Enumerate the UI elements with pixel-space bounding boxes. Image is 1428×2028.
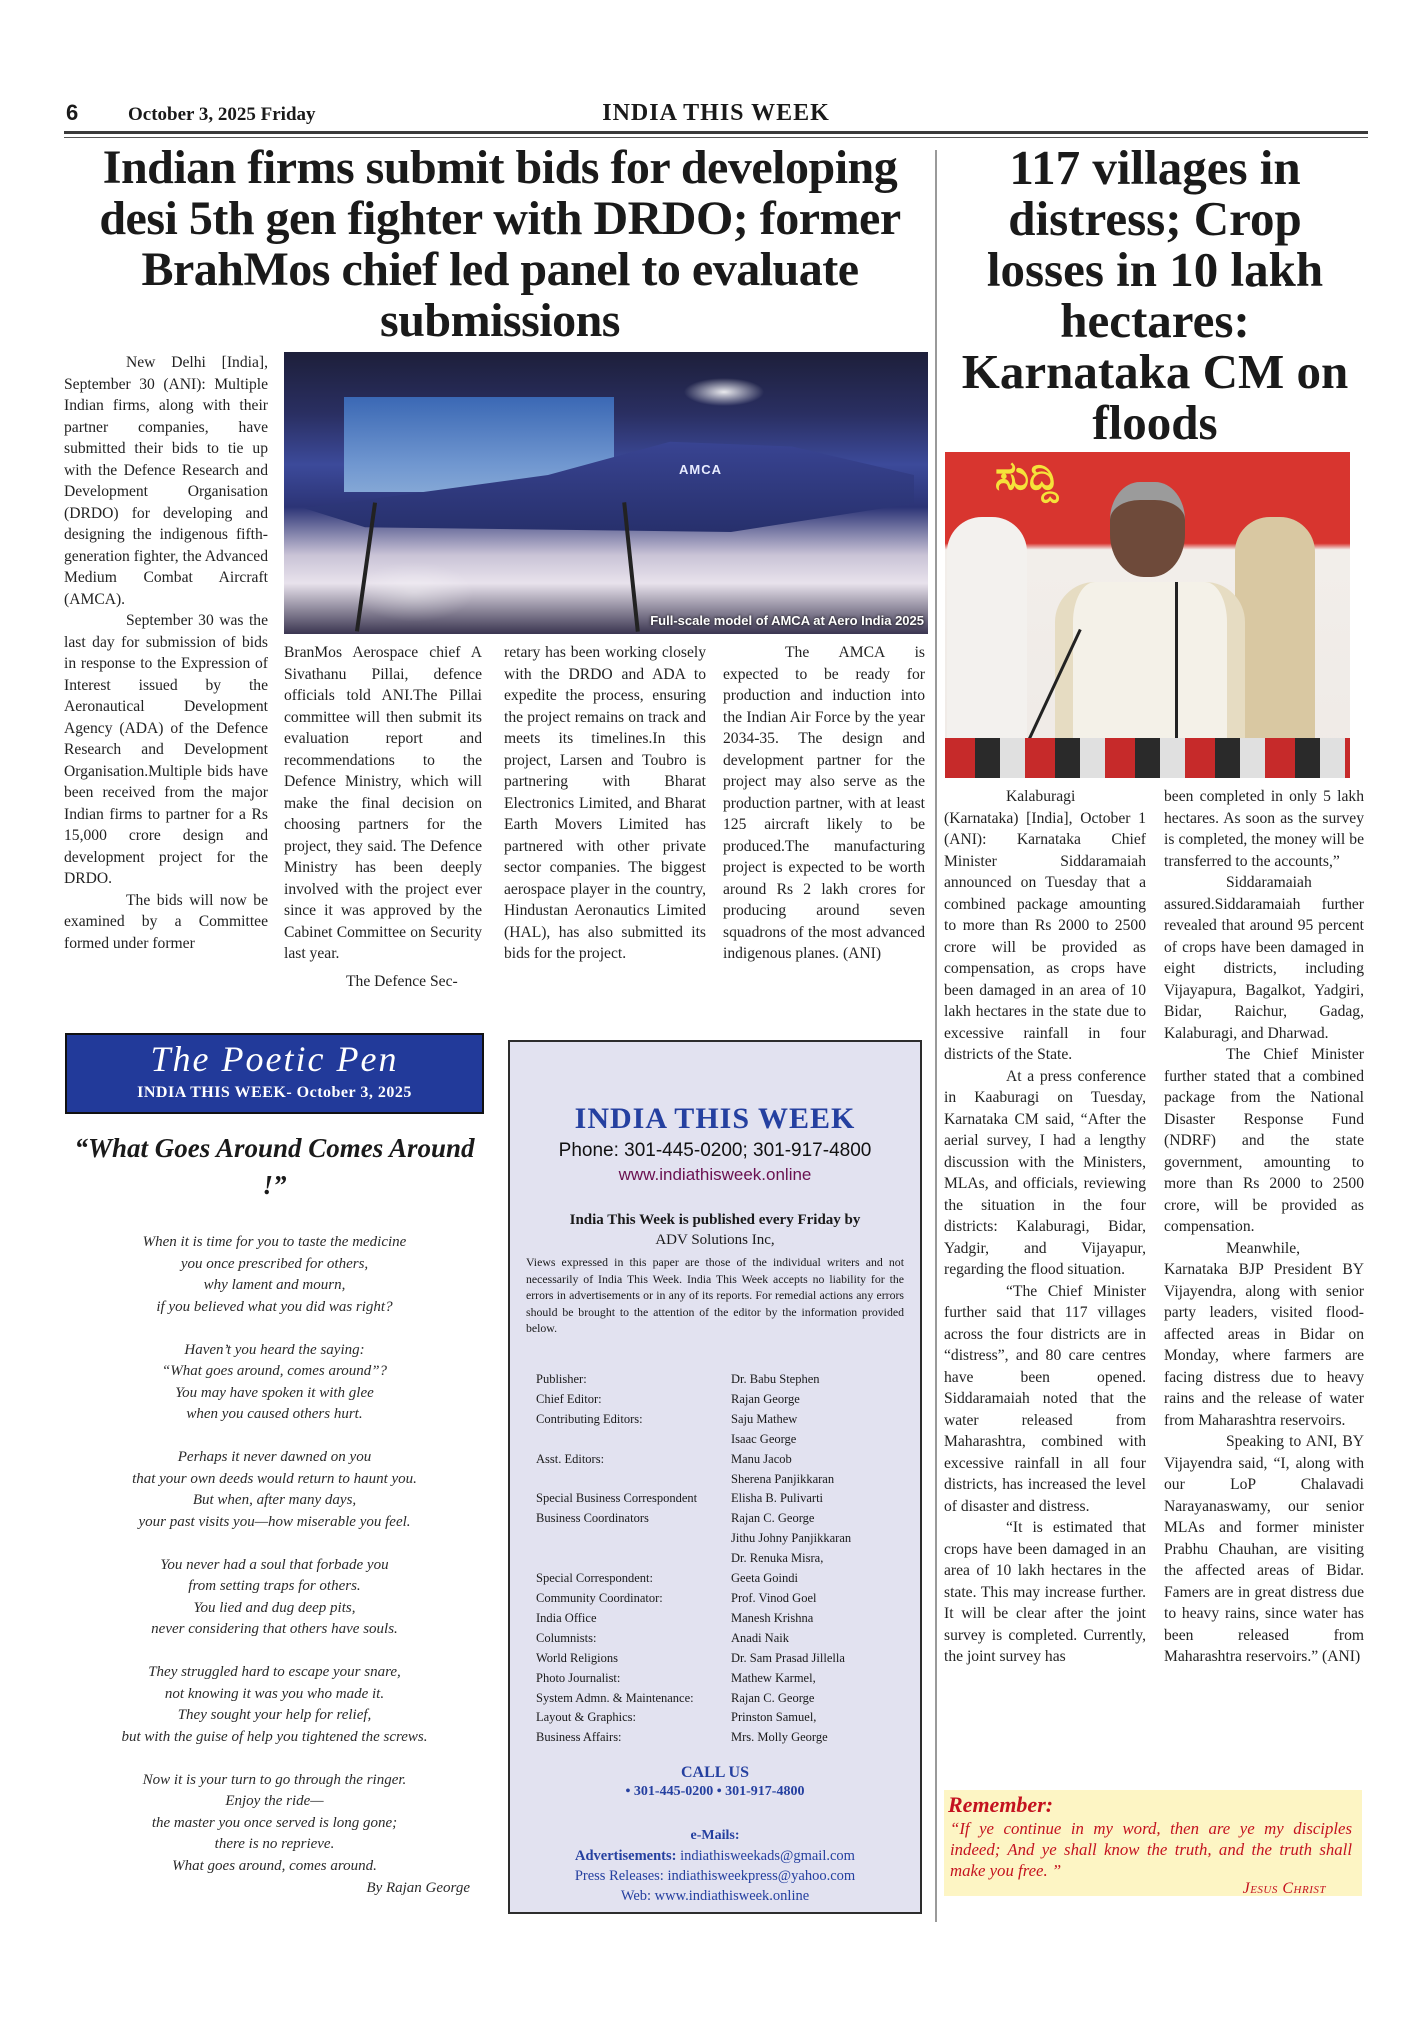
- column-divider: [935, 150, 937, 1922]
- staff-row: Business Affairs:Mrs. Molly George: [536, 1728, 906, 1748]
- staff-row: Asst. Editors:Manu Jacob: [536, 1450, 906, 1470]
- main-article-column-3: retary has been working closely with the…: [504, 642, 706, 965]
- info-phone: Phone: 301-445-0200; 301-917-4800: [510, 1140, 920, 1162]
- main-article-column-2: BranMos Aerospace chief A Sivathanu Pill…: [284, 642, 482, 992]
- ads-label: Advertisements:: [575, 1848, 676, 1864]
- poem-line: if you believed what you did was right?: [65, 1297, 484, 1319]
- staff-name: Geeta Goindi: [731, 1569, 906, 1589]
- banner-text: ಸುದ್ದಿ: [995, 452, 1058, 499]
- paragraph: New Delhi [India], September 30 (ANI): M…: [64, 352, 268, 610]
- poem-stanza: They struggled hard to escape your snare…: [65, 1662, 484, 1748]
- staff-name: Dr. Babu Stephen: [731, 1370, 906, 1390]
- poem-line: When it is time for you to taste the med…: [65, 1232, 484, 1254]
- staff-role: [536, 1549, 731, 1569]
- staff-name: Rajan C. George: [731, 1509, 906, 1529]
- staff-role: Publisher:: [536, 1370, 731, 1390]
- paper-name: INDIA THIS WEEK: [64, 100, 1368, 127]
- staff-role: [536, 1529, 731, 1549]
- emails-title: e-Mails:: [510, 1828, 920, 1844]
- cm-head: [1110, 482, 1185, 577]
- staff-role: India Office: [536, 1609, 731, 1629]
- staff-name: Mathew Karmel,: [731, 1669, 906, 1689]
- poem-line: but with the guise of help you tightened…: [65, 1727, 484, 1749]
- quote-author: Jesus Christ: [1243, 1880, 1326, 1898]
- poem-line: You lied and dug deep pits,: [65, 1598, 484, 1620]
- poem-line: What goes around, comes around.: [65, 1856, 484, 1878]
- staff-row: Jithu Johny Panjikkaran: [536, 1529, 906, 1549]
- poetic-pen-title: The Poetic Pen: [67, 1037, 482, 1081]
- ads-email-link[interactable]: indiathisweekads@gmail.com: [680, 1848, 855, 1864]
- poem-line: your past visits you—how miserable you f…: [65, 1512, 484, 1534]
- staff-name: Rajan George: [731, 1390, 906, 1410]
- info-paper-name: INDIA THIS WEEK: [510, 1102, 920, 1136]
- staff-row: Chief Editor:Rajan George: [536, 1390, 906, 1410]
- poem-line: Perhaps it never dawned on you: [65, 1447, 484, 1469]
- staff-role: Special Correspondent:: [536, 1569, 731, 1589]
- staff-name: Prof. Vinod Goel: [731, 1589, 906, 1609]
- staff-row: Columnists:Anadi Naik: [536, 1629, 906, 1649]
- disclaimer: Views expressed in this paper are those …: [526, 1254, 904, 1337]
- poem-stanza: Haven’t you heard the saying: “What goes…: [65, 1340, 484, 1426]
- staff-row: Business CoordinatorsRajan C. George: [536, 1509, 906, 1529]
- poem-line: that your own deeds would return to haun…: [65, 1469, 484, 1491]
- staff-name: Jithu Johny Panjikkaran: [731, 1529, 906, 1549]
- staff-row: Dr. Renuka Misra,: [536, 1549, 906, 1569]
- poem-line: They struggled hard to escape your snare…: [65, 1662, 484, 1684]
- staff-role: Layout & Graphics:: [536, 1708, 731, 1728]
- side-article-column-2: been completed in only 5 lakh hectares. …: [1164, 786, 1364, 1668]
- staff-row: Photo Journalist:Mathew Karmel,: [536, 1669, 906, 1689]
- staff-role: System Admn. & Maintenance:: [536, 1689, 731, 1709]
- staff-role: [536, 1430, 731, 1450]
- staff-row: India OfficeManesh Krishna: [536, 1609, 906, 1629]
- poem-line: there is no reprieve.: [65, 1834, 484, 1856]
- staff-name: Dr. Sam Prasad Jillella: [731, 1649, 906, 1669]
- amca-jet-photo: AMCA Full-scale model of AMCA at Aero In…: [284, 352, 928, 634]
- poem-line: you once prescribed for others,: [65, 1254, 484, 1276]
- remember-box: Remember: “If ye continue in my word, th…: [944, 1790, 1362, 1896]
- staff-role: Business Affairs:: [536, 1728, 731, 1748]
- main-article-headline: Indian firms submit bids for developing …: [90, 142, 910, 346]
- staff-list: Publisher:Dr. Babu Stephen Chief Editor:…: [536, 1370, 906, 1748]
- chief-minister: [1055, 482, 1245, 778]
- publication-info-box: INDIA THIS WEEK Phone: 301-445-0200; 301…: [508, 1040, 922, 1914]
- paragraph: Kalaburagi (Karnataka) [India], October …: [944, 786, 1146, 1066]
- publisher-company: ADV Solutions Inc,: [510, 1232, 920, 1249]
- cm-press-conference-photo: ಸುದ್ದಿ: [945, 452, 1350, 778]
- poem-line: But when, after many days,: [65, 1490, 484, 1512]
- poem-stanza: When it is time for you to taste the med…: [65, 1232, 484, 1318]
- person-right: [1235, 517, 1315, 757]
- staff-role: Business Coordinators: [536, 1509, 731, 1529]
- press-email-link[interactable]: Press Releases: indiathisweekpress@yahoo…: [510, 1868, 920, 1885]
- staff-name: Sherena Panjikkaran: [731, 1470, 906, 1490]
- side-article-column-1: Kalaburagi (Karnataka) [India], October …: [944, 786, 1146, 1668]
- staff-row: Special Business Correspondent Elisha B.…: [536, 1489, 906, 1509]
- person-left: [947, 517, 1027, 757]
- poem-line: Now it is your turn to go through the ri…: [65, 1770, 484, 1792]
- info-website-link[interactable]: www.indiathisweek.online: [510, 1165, 920, 1185]
- staff-role: [536, 1470, 731, 1490]
- advertisements-email-line: Advertisements: indiathisweekads@gmail.c…: [510, 1848, 920, 1865]
- poetic-pen-banner: The Poetic Pen INDIA THIS WEEK- October …: [65, 1033, 484, 1114]
- staff-name: Rajan C. George: [731, 1689, 906, 1709]
- remember-title: Remember:: [948, 1792, 1053, 1818]
- paragraph: retary has been working closely with the…: [504, 642, 706, 965]
- paragraph: Siddaramaiah assured.Siddaramaiah furthe…: [1164, 872, 1364, 1044]
- paragraph: been completed in only 5 lakh hectares. …: [1164, 786, 1364, 872]
- staff-role: Community Coordinator:: [536, 1589, 731, 1609]
- paragraph: The bids will now be examined by a Commi…: [64, 890, 268, 955]
- staff-name: Elisha B. Pulivarti: [731, 1489, 906, 1509]
- staff-role: World Religions: [536, 1649, 731, 1669]
- paragraph: “It is estimated that crops have been da…: [944, 1517, 1146, 1668]
- staff-role: Chief Editor:: [536, 1390, 731, 1410]
- paragraph: The AMCA is expected to be ready for pro…: [723, 642, 925, 965]
- call-us-numbers: • 301-445-0200 • 301-917-4800: [510, 1784, 920, 1800]
- poem-stanza: You never had a soul that forbade you fr…: [65, 1555, 484, 1641]
- staff-role: Asst. Editors:: [536, 1450, 731, 1470]
- paragraph: Speaking to ANI, BY Vijayendra said, “I,…: [1164, 1431, 1364, 1668]
- bible-quote: “If ye continue in my word, then are ye …: [950, 1818, 1352, 1881]
- poem-line: from setting traps for others.: [65, 1576, 484, 1598]
- main-article-column-4: The AMCA is expected to be ready for pro…: [723, 642, 925, 965]
- staff-name: Manesh Krishna: [731, 1609, 906, 1629]
- paragraph: September 30 was the last day for submis…: [64, 610, 268, 890]
- published-line: India This Week is published every Frida…: [510, 1212, 920, 1229]
- staff-row: Layout & Graphics:Prinston Samuel,: [536, 1708, 906, 1728]
- poetic-pen-subtitle: INDIA THIS WEEK- October 3, 2025: [67, 1081, 482, 1105]
- poem-stanza: Perhaps it never dawned on you that your…: [65, 1447, 484, 1533]
- staff-row: System Admn. & Maintenance:Rajan C. Geor…: [536, 1689, 906, 1709]
- side-article-headline: 117 villages in distress; Crop losses in…: [945, 142, 1365, 448]
- call-us-title: CALL US: [510, 1764, 920, 1782]
- paragraph: BranMos Aerospace chief A Sivathanu Pill…: [284, 642, 482, 965]
- staff-row: Special Correspondent:Geeta Goindi: [536, 1569, 906, 1589]
- staff-row: World ReligionsDr. Sam Prasad Jillella: [536, 1649, 906, 1669]
- web-link[interactable]: Web: www.indiathisweek.online: [510, 1888, 920, 1905]
- staff-name: Mrs. Molly George: [731, 1728, 906, 1748]
- staff-row: Contributing Editors:Saju Mathew: [536, 1410, 906, 1430]
- masthead: 6 October 3, 2025 Friday INDIA THIS WEEK: [64, 98, 1368, 134]
- paragraph: At a press conference in Kaaburagi on Tu…: [944, 1066, 1146, 1281]
- poem-line: They sought your help for relief,: [65, 1705, 484, 1727]
- poem-line: Enjoy the ride—: [65, 1791, 484, 1813]
- paragraph: The Defence Sec-: [284, 971, 482, 993]
- poem-line: Haven’t you heard the saying:: [65, 1340, 484, 1362]
- microphones: [945, 738, 1350, 778]
- poem-line: never considering that others have souls…: [65, 1619, 484, 1641]
- poem-line: You never had a soul that forbade you: [65, 1555, 484, 1577]
- poem-line: when you caused others hurt.: [65, 1404, 484, 1426]
- paragraph: Meanwhile, Karnataka BJP President BY Vi…: [1164, 1238, 1364, 1432]
- amca-logo: AMCA: [679, 462, 722, 477]
- paragraph: The Chief Minister further stated that a…: [1164, 1044, 1364, 1238]
- main-article-column-1: New Delhi [India], September 30 (ANI): M…: [64, 352, 268, 954]
- poem-author: By Rajan George: [65, 1880, 470, 1897]
- poem-stanza: Now it is your turn to go through the ri…: [65, 1770, 484, 1878]
- staff-name: Dr. Renuka Misra,: [731, 1549, 906, 1569]
- staff-role: Special Business Correspondent: [536, 1489, 731, 1509]
- paragraph: “The Chief Minister further said that 11…: [944, 1281, 1146, 1518]
- staff-row: Publisher:Dr. Babu Stephen: [536, 1370, 906, 1390]
- poem: When it is time for you to taste the med…: [65, 1232, 484, 1899]
- poem-title: “What Goes Around Comes Around !”: [65, 1130, 484, 1204]
- poem-line: not knowing it was you who made it.: [65, 1684, 484, 1706]
- staff-name: Isaac George: [731, 1430, 906, 1450]
- staff-name: Prinston Samuel,: [731, 1708, 906, 1728]
- photo-caption: Full-scale model of AMCA at Aero India 2…: [650, 613, 924, 628]
- poem-line: the master you once served is long gone;: [65, 1813, 484, 1835]
- staff-row: Community Coordinator:Prof. Vinod Goel: [536, 1589, 906, 1609]
- poem-line: why lament and mourn,: [65, 1275, 484, 1297]
- staff-row: Sherena Panjikkaran: [536, 1470, 906, 1490]
- staff-role: Columnists:: [536, 1629, 731, 1649]
- staff-name: Anadi Naik: [731, 1629, 906, 1649]
- staff-role: Contributing Editors:: [536, 1410, 731, 1430]
- poem-line: You may have spoken it with glee: [65, 1383, 484, 1405]
- staff-row: Isaac George: [536, 1430, 906, 1450]
- staff-name: Manu Jacob: [731, 1450, 906, 1470]
- staff-name: Saju Mathew: [731, 1410, 906, 1430]
- poem-line: “What goes around, comes around”?: [65, 1361, 484, 1383]
- staff-role: Photo Journalist:: [536, 1669, 731, 1689]
